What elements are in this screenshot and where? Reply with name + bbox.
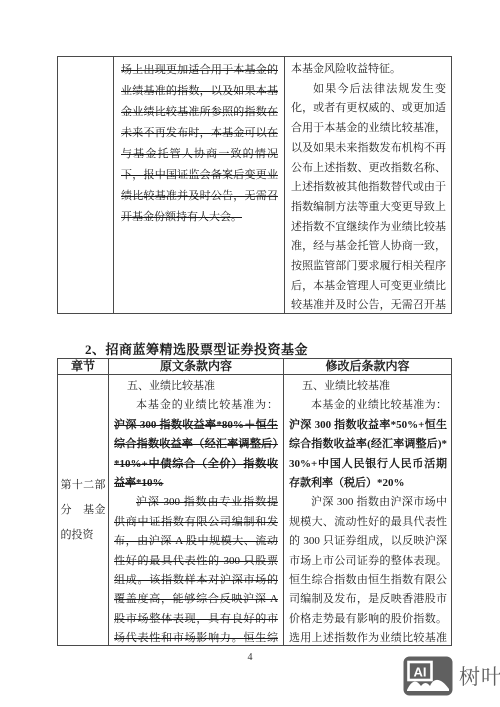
- table2-revised-benchmark-formula: 沪深 300 指数收益率*50%+恒生综合指数收益率(经汇率调整后)*30%+中…: [289, 419, 447, 489]
- table2-original-cell: 五、业绩比较基准 本基金的业绩比较基准为：沪深 300 指数收益率*80%＋恒生…: [108, 375, 283, 645]
- table2-body-row: 第十二部分 基金的投资 五、业绩比较基准 本基金的业绩比较基准为：沪深 300 …: [58, 375, 451, 645]
- document-page: 场上出现更加适合用于本基金的业绩基准的指数，以及如果本基金业绩比较基准所参照的指…: [0, 0, 500, 707]
- table1-revised-cell: 本基金风险收益特征。 如果今后法律法规发生变化，或者有更权威的、或更加适合用于本…: [284, 57, 451, 313]
- brand-name: 树叶云: [459, 661, 500, 691]
- table1-chapter-cell: [58, 57, 113, 313]
- table2-header-row: 章节 原文条款内容 修改后条款内容: [58, 359, 451, 375]
- table2-original-description: 沪深 300 指数由专业指数提供商中证指数有限公司编制和发布，由沪深 A 股中规…: [114, 493, 278, 645]
- table2-chapter-text: 第十二部分 基金的投资: [61, 473, 106, 548]
- table2-revised-benchmark-lead: 本基金的业绩比较基准为：: [311, 399, 447, 411]
- table2-revised-description: 沪深 300 指数由沪深市场中规模大、流动性好的最具代表性的 300 只证券组成…: [289, 493, 447, 645]
- watermark-logo: AI 树叶云: [403, 656, 500, 696]
- table2-original-benchmark-formula: 沪深 300 指数收益率*80%＋恒生综合指数收益率（经汇率调整后）*10%+中…: [114, 419, 278, 489]
- table1-original-cell: 场上出现更加适合用于本基金的业绩基准的指数，以及如果本基金业绩比较基准所参照的指…: [113, 57, 284, 313]
- table2-chapter-cell: 第十二部分 基金的投资: [58, 375, 108, 645]
- table2-revised-section-title: 五、业绩比较基准: [289, 377, 447, 396]
- table2-revised-cell: 五、业绩比较基准 本基金的业绩比较基准为：沪深 300 指数收益率*50%+恒生…: [283, 375, 451, 645]
- table1-revised-tail: 本基金风险收益特征。: [291, 60, 446, 80]
- table2-header-chapter: 章节: [58, 359, 108, 374]
- table2-original-benchmark: 本基金的业绩比较基准为：沪深 300 指数收益率*80%＋恒生综合指数收益率（经…: [114, 396, 278, 493]
- amendment-table-2: 章节 原文条款内容 修改后条款内容 第十二部分 基金的投资 五、业绩比较基准 本…: [57, 358, 452, 646]
- table2-original-section-title: 五、业绩比较基准: [114, 377, 278, 396]
- table1-revised-paragraph: 如果今后法律法规发生变化，或者有更权威的、或更加适合用于本基金的业绩比较基准，以…: [291, 80, 446, 313]
- table1-original-text: 场上出现更加适合用于本基金的业绩基准的指数，以及如果本基金业绩比较基准所参照的指…: [121, 60, 278, 228]
- section-heading: 2、招商蓝筹精选股票型证券投资基金: [57, 339, 452, 358]
- table2-original-benchmark-lead: 本基金的业绩比较基准为：: [136, 399, 278, 411]
- table2-revised-benchmark: 本基金的业绩比较基准为：沪深 300 指数收益率*50%+恒生综合指数收益率(经…: [289, 396, 447, 493]
- ai-icon-label: AI: [414, 665, 427, 680]
- table2-header-original: 原文条款内容: [108, 359, 283, 374]
- ai-image-icon: AI: [403, 656, 453, 696]
- amendment-table-1: 场上出现更加适合用于本基金的业绩基准的指数，以及如果本基金业绩比较基准所参照的指…: [57, 56, 452, 314]
- table2-header-revised: 修改后条款内容: [283, 359, 451, 374]
